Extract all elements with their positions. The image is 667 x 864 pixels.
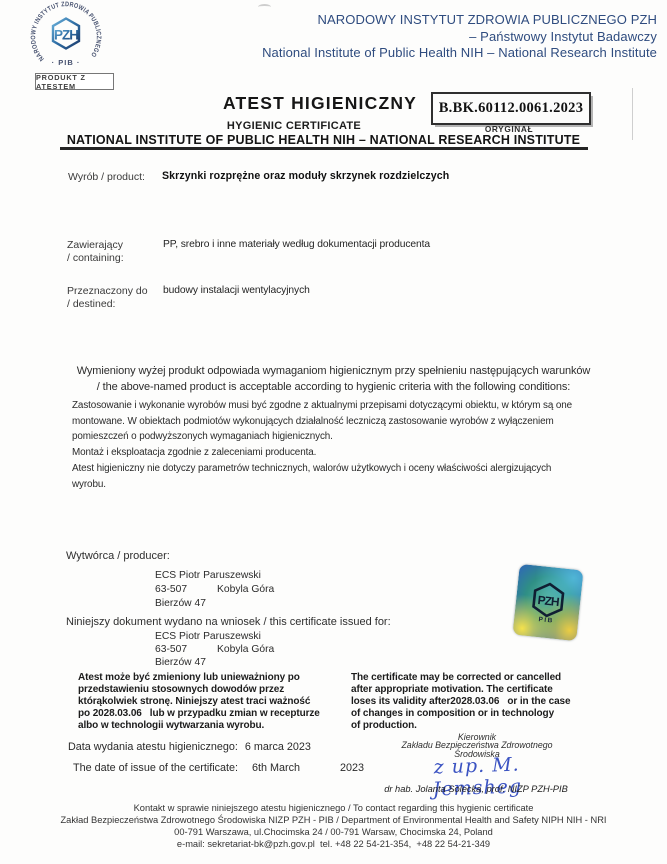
validity-note-en: The certificate may be corrected or canc… — [351, 672, 570, 732]
issued-for-street: Bierzów 47 — [155, 657, 206, 668]
issue-date-pl: Data wydania atestu higienicznego: 6 mar… — [68, 741, 311, 753]
hologram-monogram: PZH — [537, 593, 560, 609]
footer-contact-line: Kontakt w sprawie niniejszego atestu hig… — [0, 803, 667, 815]
certificate-page: NARODOWY INSTYTUT ZDROWIA PUBLICZNEGO PZ… — [0, 0, 667, 864]
conditions-line: Zastosowanie i wykonanie wyrobów musi by… — [72, 398, 597, 414]
issued-for-label: Niniejszy dokument wydano na wniosek / t… — [66, 616, 391, 628]
issued-for-city: Kobyla Góra — [217, 644, 274, 655]
product-value: Skrzynki rozprężne oraz moduły skrzynek … — [162, 170, 449, 182]
footer-contact-line: 00-791 Warszawa, ul.Chocimska 24 / 00-79… — [0, 827, 667, 839]
institute-subtitle-pl: – Państwowy Instytut Badawczy — [262, 29, 657, 46]
issue-date-en-month: 6th March — [252, 762, 300, 774]
validity-pl-line: którąkolwiek stronę. Niniejszy atest tra… — [78, 696, 320, 708]
conditions-line: Atest higieniczny nie dotyczy parametrów… — [72, 461, 597, 477]
conditions-line: Montaż i eksploatacja zgodnie z zaleceni… — [72, 445, 597, 461]
footer-contact: Kontakt w sprawie niniejszego atestu hig… — [0, 803, 667, 851]
scan-smudge-artifact — [258, 4, 271, 10]
institute-name-pl: NARODOWY INSTYTUT ZDROWIA PUBLICZNEGO PZ… — [262, 12, 657, 29]
letterhead: NARODOWY INSTYTUT ZDROWIA PUBLICZNEGO PZ… — [262, 12, 657, 62]
validity-en-line: loses its validity after2028.03.06 or in… — [351, 696, 570, 708]
validity-en-line: of changes in composition or in technolo… — [351, 708, 570, 720]
institute-header-line: NATIONAL INSTITUTE OF PUBLIC HEALTH NIH … — [0, 133, 647, 147]
validity-note-pl: Atest może być zmieniony lub unieważnion… — [78, 672, 320, 732]
destined-label-en: / destined: — [67, 298, 148, 311]
signatory-name: dr hab. Jolanta Solecka, prof. NIZP PZH-… — [378, 784, 574, 794]
conditions-intro-pl: Wymieniony wyżej produkt odpowiada wymag… — [6, 365, 661, 377]
producer-street: Bierzów 47 — [155, 598, 206, 609]
hologram-monogram-graphic: PZH — [528, 579, 568, 621]
containing-label: Zawierający / containing: — [67, 239, 124, 265]
conditions-line: wyrobu. — [72, 477, 597, 493]
producer-label: Wytwórca / producer: — [66, 550, 170, 562]
certificate-title: ATEST HIGIENICZNY — [170, 93, 470, 114]
validity-en-line: of production. — [351, 720, 570, 732]
issued-for-postal-code: 63-507 — [155, 644, 187, 655]
certificate-title-en: HYGIENIC CERTIFICATE — [144, 120, 444, 132]
hologram-pib-label: PIB — [538, 616, 554, 625]
issue-date-en-label: The date of issue of the certificate: — [73, 762, 238, 774]
producer-postal-code: 63-507 — [155, 584, 187, 595]
destined-label-pl: Przeznaczony do — [67, 285, 148, 298]
conditions-intro-en: / the above-named product is acceptable … — [6, 381, 661, 393]
containing-label-en: / containing: — [67, 252, 124, 265]
conditions-line: pomieszczeń o podwyższonych wymaganiach … — [72, 429, 597, 445]
validity-pl-line: przedstawieniu stosownych dowodów przez — [78, 684, 320, 696]
stamp-pib-label: · PIB · — [52, 58, 81, 67]
title-divider — [60, 147, 588, 150]
issue-date-pl-label: Data wydania atestu higienicznego: — [68, 741, 238, 753]
validity-pl-line: po 2028.03.06 lub w przypadku zmian w re… — [78, 708, 320, 720]
product-certified-badge: PRODUKT Z ATESTEM — [35, 73, 114, 90]
producer-city: Kobyla Góra — [217, 584, 274, 595]
validity-en-line: after appropriate motivation. The certif… — [351, 684, 570, 696]
destined-label: Przeznaczony do / destined: — [67, 285, 148, 311]
hologram-sticker: PZH PIB — [512, 564, 583, 641]
footer-contact-line: e-mail: sekretariat-bk@pzh.gov.pl tel. +… — [0, 839, 667, 851]
conditions-body: Zastosowanie i wykonanie wyrobów musi by… — [72, 398, 597, 492]
validity-en-line: The certificate may be corrected or canc… — [351, 672, 570, 684]
validity-pl-line: Atest może być zmieniony lub unieważnion… — [78, 672, 320, 684]
issue-date-pl-value: 6 marca 2023 — [245, 741, 311, 753]
footer-contact-line: Zakład Bezpieczeństwa Zdrowotnego Środow… — [0, 815, 667, 827]
issue-date-en-year: 2023 — [340, 762, 364, 774]
destined-value: budowy instalacji wentylacyjnych — [163, 285, 310, 296]
institute-stamp-logo: NARODOWY INSTYTUT ZDROWIA PUBLICZNEGO PZ… — [29, 1, 103, 73]
institute-name-en: National Institute of Public Health NIH … — [262, 45, 657, 62]
certificate-number-box: B.BK.60112.0061.2023 — [431, 92, 591, 125]
stamp-monogram: PZH — [54, 28, 78, 43]
containing-label-pl: Zawierający — [67, 239, 124, 252]
signature-handwriting: z up. M. Jemsheg — [387, 752, 566, 802]
product-label: Wyrób / product: — [68, 171, 145, 184]
issued-for-name: ECS Piotr Paruszewski — [155, 631, 261, 642]
containing-value: PP, srebro i inne materiały według dokum… — [163, 239, 430, 250]
conditions-line: montowane. W obiektach podmiotów wykonuj… — [72, 414, 597, 430]
validity-pl-line: albo w technologii wytwarzania wyrobu. — [78, 720, 320, 732]
certificate-number: B.BK.60112.0061.2023 — [439, 100, 584, 117]
producer-name: ECS Piotr Paruszewski — [155, 570, 261, 581]
